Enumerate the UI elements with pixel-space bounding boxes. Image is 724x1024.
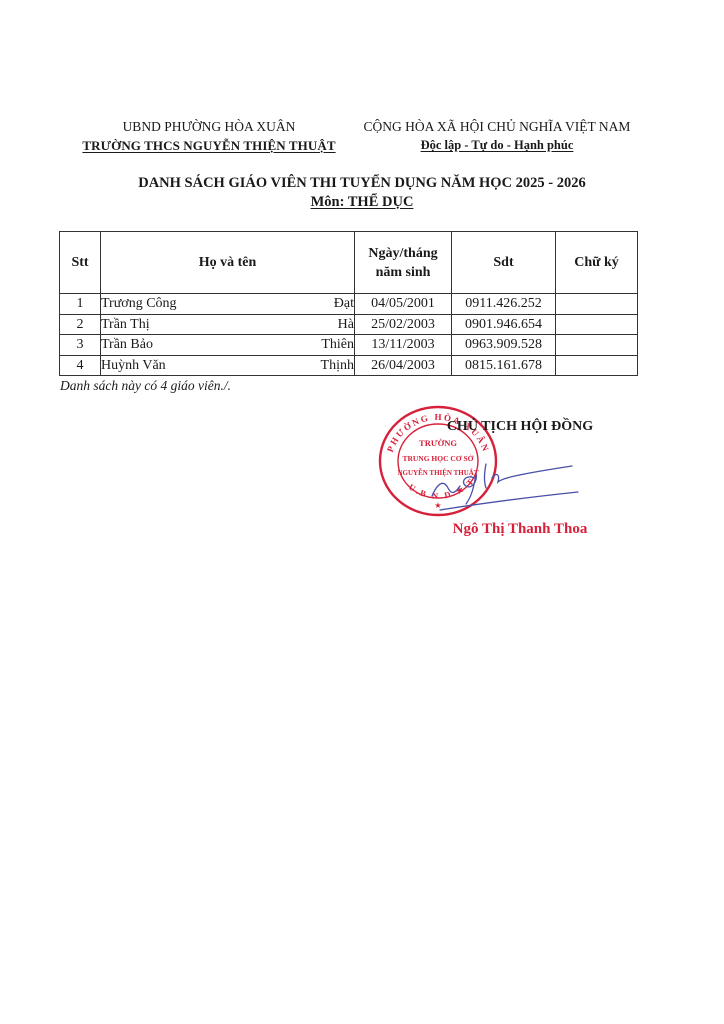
document-title: DANH SÁCH GIÁO VIÊN THI TUYỂN DỤNG NĂM H… [40, 174, 684, 193]
signer-name: Ngô Thị Thanh Thoa [420, 521, 620, 538]
col-header-dob: Ngày/tháng năm sinh [355, 232, 452, 294]
cell-signature[interactable] [556, 314, 638, 335]
country-name: CỘNG HÒA XÃ HỘI CHỦ NGHĨA VIỆT NAM [352, 117, 642, 136]
table-row: 4Huỳnh VănThịnh26/04/20030815.161.678 [60, 355, 638, 376]
cell-phone: 0815.161.678 [452, 355, 556, 376]
cell-family-name: Huỳnh Văn [101, 356, 166, 375]
cell-given-name: Đạt [334, 294, 354, 313]
col-header-name: Họ và tên [101, 232, 355, 294]
cell-phone: 0963.909.528 [452, 335, 556, 356]
cell-stt: 3 [60, 335, 101, 356]
subject-line: Môn: THỂ DỤC [40, 193, 684, 212]
cell-signature[interactable] [556, 355, 638, 376]
list-summary-note: Danh sách này có 4 giáo viên./. [60, 378, 231, 394]
cell-dob: 04/05/2001 [355, 294, 452, 315]
signer-title: CHỦ TỊCH HỘI ĐỒNG [420, 419, 620, 435]
cell-dob: 26/04/2003 [355, 355, 452, 376]
national-motto: CỘNG HÒA XÃ HỘI CHỦ NGHĨA VIỆT NAM Độc l… [352, 117, 642, 155]
cell-stt: 4 [60, 355, 101, 376]
table-row: 2Trần ThịHà25/02/20030901.946.654 [60, 314, 638, 335]
table-header-row: Stt Họ và tên Ngày/tháng năm sinh Sdt Ch… [60, 232, 638, 294]
cell-stt: 2 [60, 314, 101, 335]
teacher-table: Stt Họ và tên Ngày/tháng năm sinh Sdt Ch… [59, 231, 638, 376]
handwritten-signature-icon [430, 452, 590, 512]
col-header-stt: Stt [60, 232, 101, 294]
cell-dob: 13/11/2003 [355, 335, 452, 356]
svg-text:TRƯỜNG: TRƯỜNG [419, 438, 457, 448]
subject-text: Môn: THỂ DỤC [311, 194, 414, 210]
cell-name: Huỳnh VănThịnh [101, 355, 355, 376]
cell-signature[interactable] [556, 335, 638, 356]
ward-name: UBND PHƯỜNG HÒA XUÂN [62, 117, 356, 136]
cell-stt: 1 [60, 294, 101, 315]
cell-phone: 0911.426.252 [452, 294, 556, 315]
cell-given-name: Thiên [321, 335, 354, 354]
col-header-phone: Sdt [452, 232, 556, 294]
col-header-dob-line1: Ngày/tháng [355, 244, 451, 263]
school-name: TRƯỜNG THCS NGUYỄN THIỆN THUẬT [62, 136, 356, 155]
cell-family-name: Trương Công [101, 294, 177, 313]
motto: Độc lập - Tự do - Hạnh phúc [352, 136, 642, 155]
col-header-dob-line2: năm sinh [355, 263, 451, 282]
cell-signature[interactable] [556, 294, 638, 315]
cell-family-name: Trần Bảo [101, 335, 153, 354]
table-row: 3Trần BảoThiên13/11/20030963.909.528 [60, 335, 638, 356]
cell-dob: 25/02/2003 [355, 314, 452, 335]
table-row: 1Trương CôngĐạt04/05/20010911.426.252 [60, 294, 638, 315]
col-header-signature: Chữ ký [556, 232, 638, 294]
cell-name: Trương CôngĐạt [101, 294, 355, 315]
cell-given-name: Thịnh [321, 356, 354, 375]
cell-phone: 0901.946.654 [452, 314, 556, 335]
cell-name: Trần BảoThiên [101, 335, 355, 356]
issuing-authority: UBND PHƯỜNG HÒA XUÂN TRƯỜNG THCS NGUYỄN … [62, 117, 356, 155]
cell-name: Trần ThịHà [101, 314, 355, 335]
cell-family-name: Trần Thị [101, 315, 150, 334]
cell-given-name: Hà [338, 315, 354, 334]
